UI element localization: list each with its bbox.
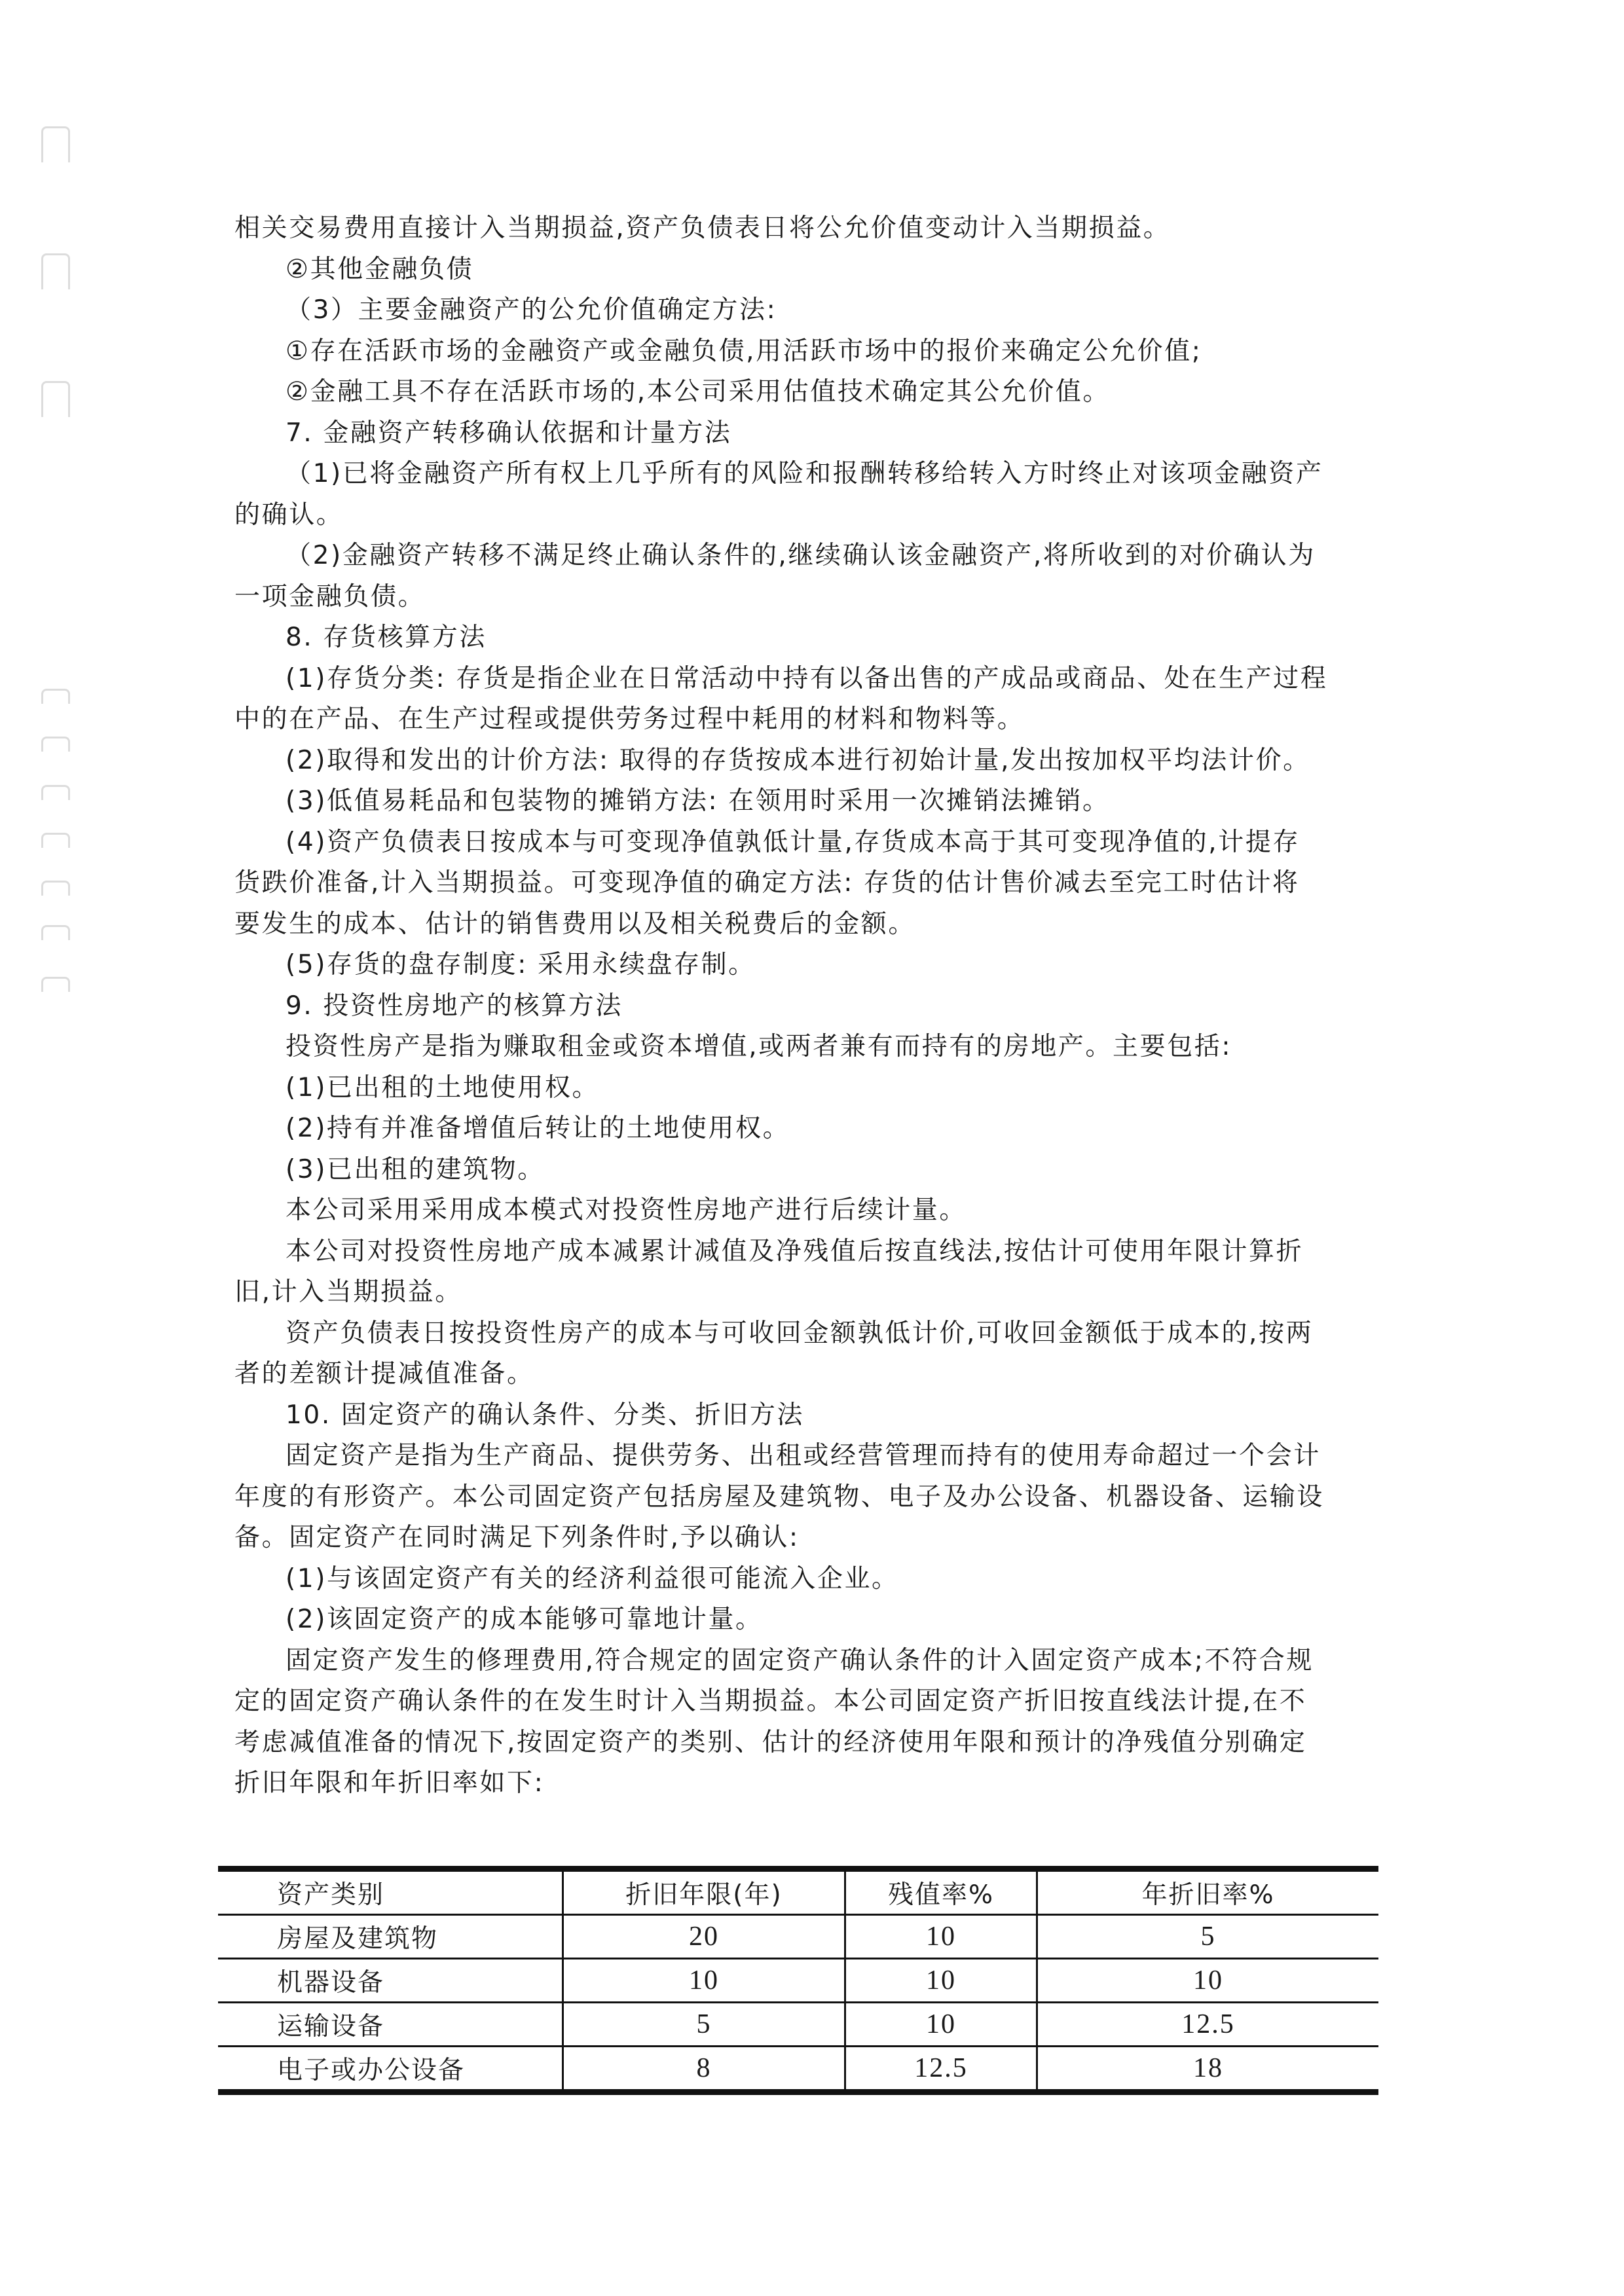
cell-residual: 10 — [845, 1959, 1037, 2003]
cell-residual: 12.5 — [845, 2047, 1037, 2092]
table-row: 运输设备 5 10 12.5 — [218, 2003, 1378, 2047]
text-line: 7. 金融资产转移确认依据和计量方法 — [234, 413, 1382, 454]
text-line: 相关交易费用直接计入当期损益,资产负债表日将公允价值变动计入当期损益。 — [234, 208, 1382, 249]
text-line: (2)持有并准备增值后转让的土地使用权。 — [234, 1108, 1382, 1150]
depreciation-table: 资产类别 折旧年限(年) 残值率% 年折旧率% 房屋及建筑物 20 10 5 机… — [218, 1866, 1378, 2095]
text-line: 要发生的成本、估计的销售费用以及相关税费后的金额。 — [234, 904, 1382, 945]
text-line: ②其他金融负债 — [234, 249, 1382, 291]
table-header-row: 资产类别 折旧年限(年) 残值率% 年折旧率% — [218, 1869, 1378, 1915]
text-line: 本公司采用采用成本模式对投资性房地产进行后续计量。 — [234, 1190, 1382, 1231]
document-body: 相关交易费用直接计入当期损益,资产负债表日将公允价值变动计入当期损益。②其他金融… — [234, 208, 1382, 1804]
cell-residual: 10 — [845, 1915, 1037, 1959]
text-line: 10. 固定资产的确认条件、分类、折旧方法 — [234, 1395, 1382, 1436]
binder-mark — [41, 381, 70, 417]
binder-mark — [41, 689, 70, 704]
cell-years: 20 — [563, 1915, 845, 1959]
text-line: （1)已将金融资产所有权上几乎所有的风险和报酬转移给转入方时终止对该项金融资产 — [234, 454, 1382, 495]
text-line: (1)与该固定资产有关的经济利益很可能流入企业。 — [234, 1559, 1382, 1600]
text-line: 旧,计入当期损益。 — [234, 1272, 1382, 1313]
text-line: 本公司对投资性房地产成本减累计减值及净残值后按直线法,按估计可使用年限计算折 — [234, 1231, 1382, 1273]
header-asset-category: 资产类别 — [218, 1869, 563, 1915]
text-line: 折旧年限和年折旧率如下: — [234, 1763, 1382, 1804]
binder-mark — [41, 126, 70, 162]
text-line: (1)存货分类: 存货是指企业在日常活动中持有以备出售的产成品或商品、处在生产过… — [234, 659, 1382, 700]
text-line: (3)低值易耗品和包装物的摊销方法: 在领用时采用一次摊销法摊销。 — [234, 781, 1382, 822]
header-residual-rate: 残值率% — [845, 1869, 1037, 1915]
binder-mark — [41, 977, 70, 992]
text-line: 8. 存货核算方法 — [234, 617, 1382, 659]
text-line: 固定资产发生的修理费用,符合规定的固定资产确认条件的计入固定资产成本;不符合规 — [234, 1641, 1382, 1682]
binder-mark — [41, 253, 70, 289]
cell-rate: 10 — [1037, 1959, 1379, 2003]
text-line: 考虑减值准备的情况下,按固定资产的类别、估计的经济使用年限和预计的净残值分别确定 — [234, 1722, 1382, 1764]
binder-mark — [41, 881, 70, 896]
cell-years: 5 — [563, 2003, 845, 2047]
binder-mark — [41, 925, 70, 940]
text-line: ②金融工具不存在活跃市场的,本公司采用估值技术确定其公允价值。 — [234, 372, 1382, 413]
text-line: （3）主要金融资产的公允价值确定方法: — [234, 290, 1382, 331]
cell-category: 机器设备 — [218, 1959, 563, 2003]
text-line: (3)已出租的建筑物。 — [234, 1150, 1382, 1191]
header-annual-rate: 年折旧率% — [1037, 1869, 1379, 1915]
table-row: 房屋及建筑物 20 10 5 — [218, 1915, 1378, 1959]
text-line: (2)取得和发出的计价方法: 取得的存货按成本进行初始计量,发出按加权平均法计价… — [234, 740, 1382, 782]
text-line: 者的差额计提减值准备。 — [234, 1354, 1382, 1395]
text-line: 年度的有形资产。本公司固定资产包括房屋及建筑物、电子及办公设备、机器设备、运输设 — [234, 1477, 1382, 1518]
cell-years: 10 — [563, 1959, 845, 2003]
table-row: 电子或办公设备 8 12.5 18 — [218, 2047, 1378, 2092]
text-line: 货跌价准备,计入当期损益。可变现净值的确定方法: 存货的估计售价减去至完工时估计… — [234, 863, 1382, 904]
header-depreciation-years: 折旧年限(年) — [563, 1869, 845, 1915]
text-line: (2)该固定资产的成本能够可靠地计量。 — [234, 1599, 1382, 1641]
binder-mark — [41, 785, 70, 800]
cell-rate: 5 — [1037, 1915, 1379, 1959]
cell-category: 运输设备 — [218, 2003, 563, 2047]
text-line: 一项金融负债。 — [234, 577, 1382, 618]
cell-years: 8 — [563, 2047, 845, 2092]
cell-rate: 12.5 — [1037, 2003, 1379, 2047]
text-line: (5)存货的盘存制度: 采用永续盘存制。 — [234, 945, 1382, 986]
cell-category: 房屋及建筑物 — [218, 1915, 563, 1959]
binder-mark — [41, 737, 70, 752]
text-line: 资产负债表日按投资性房产的成本与可收回金额孰低计价,可收回金额低于成本的,按两 — [234, 1313, 1382, 1355]
cell-residual: 10 — [845, 2003, 1037, 2047]
text-line: 固定资产是指为生产商品、提供劳务、出租或经营管理而持有的使用寿命超过一个会计 — [234, 1436, 1382, 1477]
text-line: 备。固定资产在同时满足下列条件时,予以确认: — [234, 1518, 1382, 1559]
text-line: ①存在活跃市场的金融资产或金融负债,用活跃市场中的报价来确定公允价值; — [234, 331, 1382, 373]
text-line: 定的固定资产确认条件的在发生时计入当期损益。本公司固定资产折旧按直线法计提,在不 — [234, 1681, 1382, 1722]
text-line: 9. 投资性房地产的核算方法 — [234, 986, 1382, 1027]
text-line: 投资性房产是指为赚取租金或资本增值,或两者兼有而持有的房地产。主要包括: — [234, 1027, 1382, 1068]
text-line: （2)金融资产转移不满足终止确认条件的,继续确认该金融资产,将所收到的对价确认为 — [234, 536, 1382, 577]
text-line: (1)已出租的土地使用权。 — [234, 1068, 1382, 1109]
text-line: 中的在产品、在生产过程或提供劳务过程中耗用的材料和物料等。 — [234, 699, 1382, 740]
text-line: (4)资产负债表日按成本与可变现净值孰低计量,存货成本高于其可变现净值的,计提存 — [234, 822, 1382, 864]
table-row: 机器设备 10 10 10 — [218, 1959, 1378, 2003]
binder-mark — [41, 833, 70, 848]
text-line: 的确认。 — [234, 495, 1382, 536]
cell-rate: 18 — [1037, 2047, 1379, 2092]
cell-category: 电子或办公设备 — [218, 2047, 563, 2092]
